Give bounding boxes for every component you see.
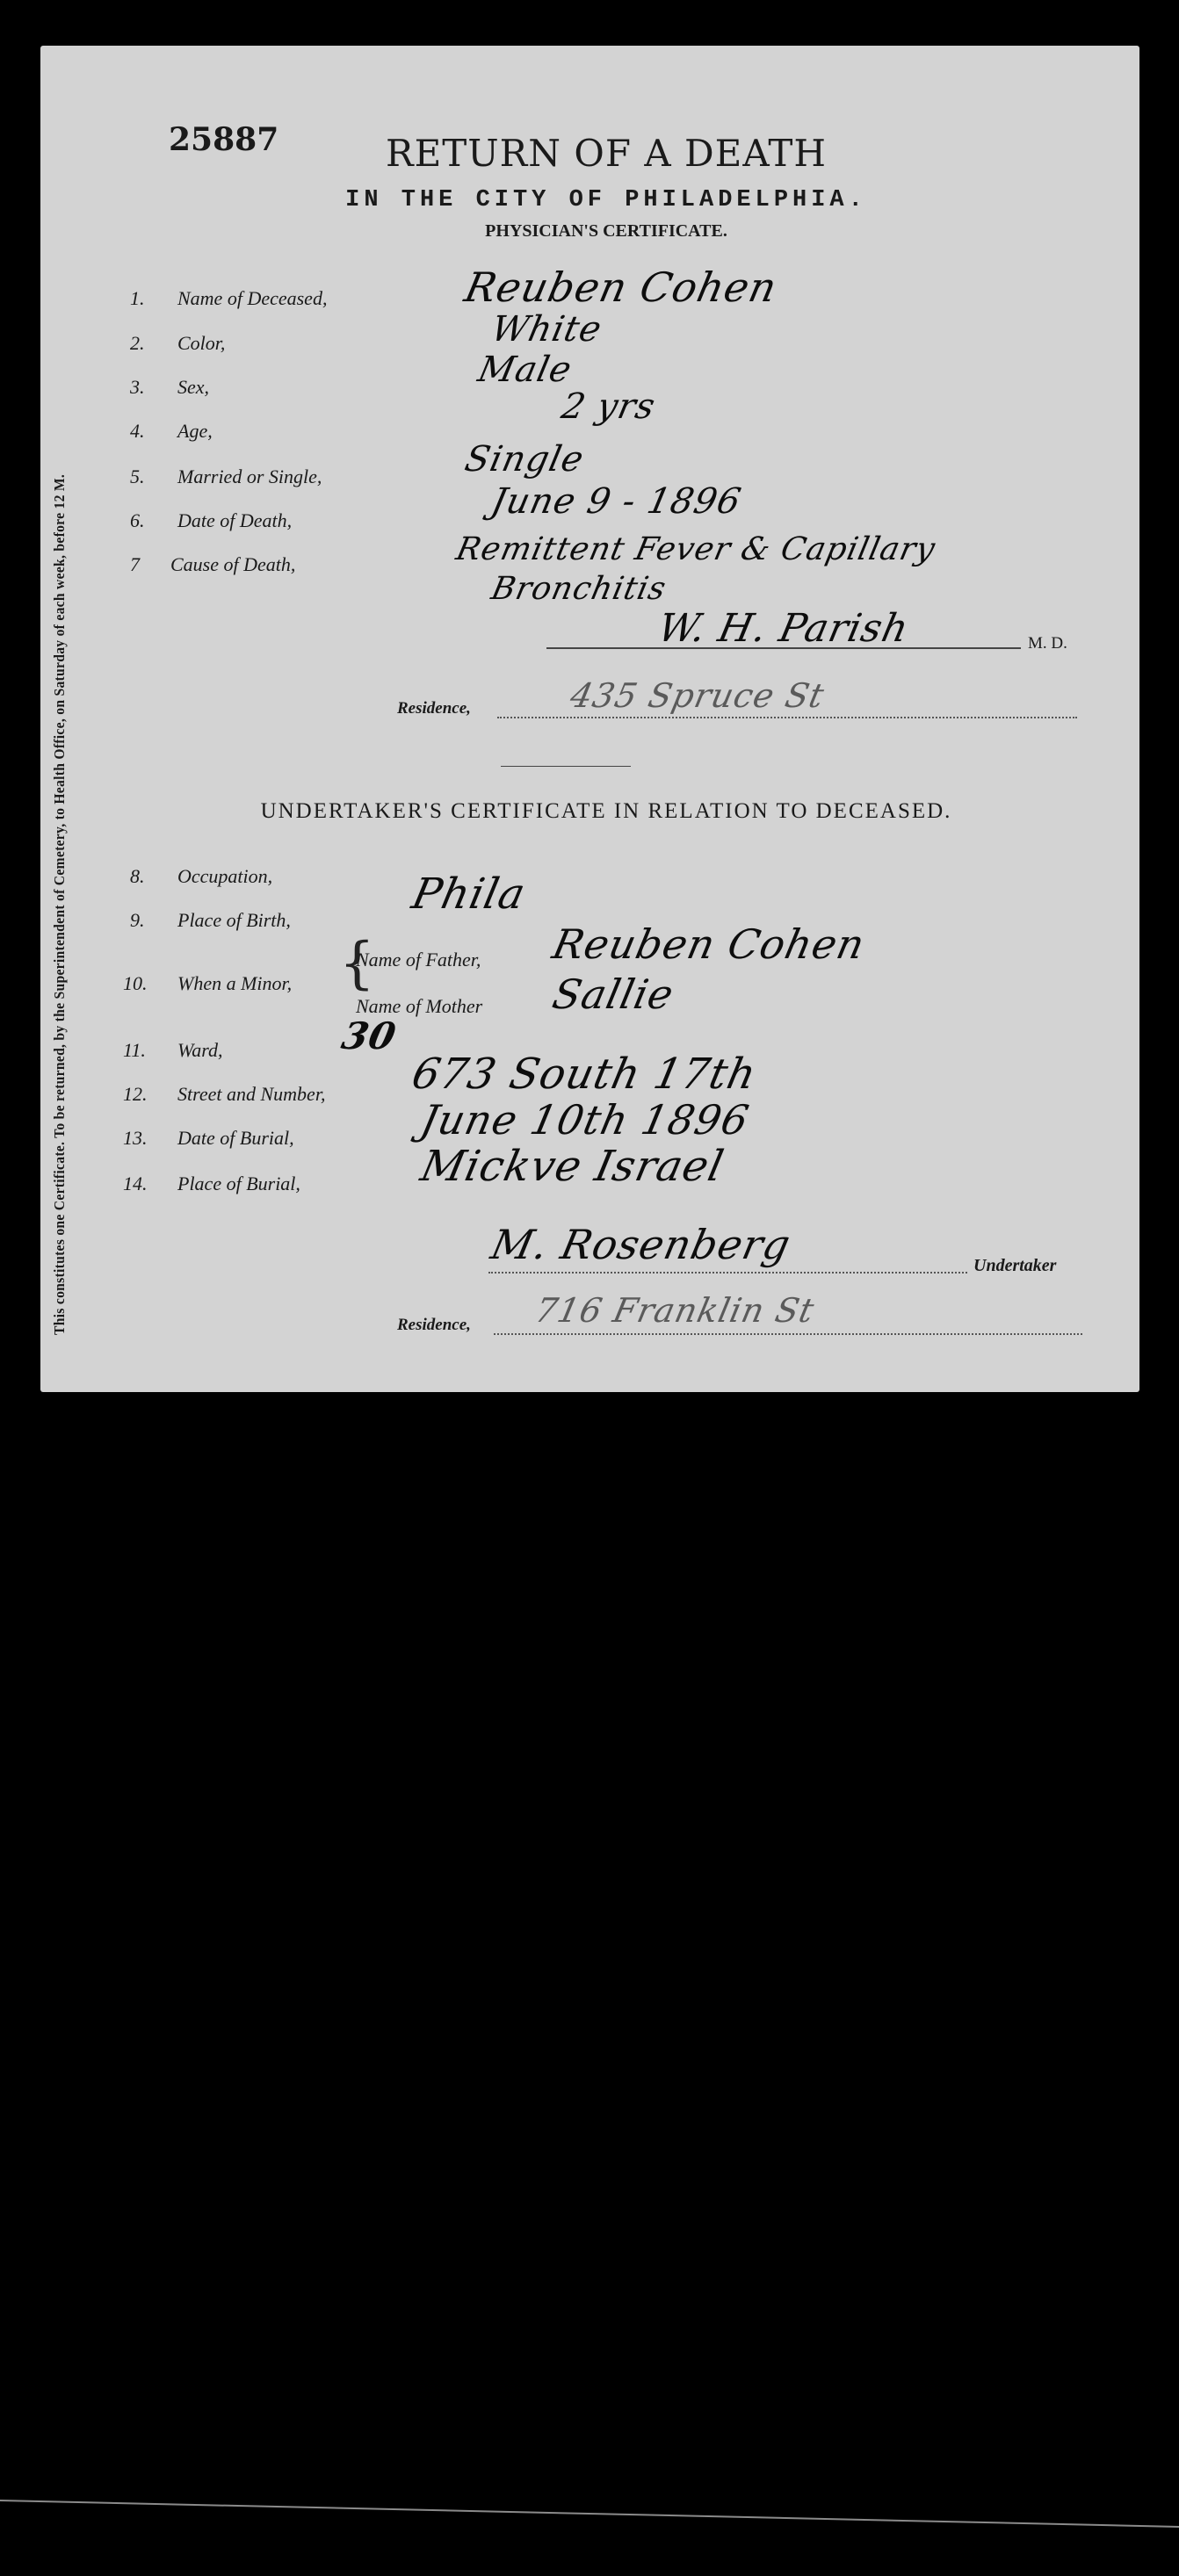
field-value-cause-of-death-line2: Bronchitis — [488, 571, 670, 607]
undertaker-residence-label: Residence, — [397, 1316, 471, 1335]
field-number: 4. — [130, 420, 145, 443]
physician-residence-value: 435 Spruce St — [567, 676, 828, 715]
field-label: Ward, — [177, 1039, 223, 1062]
field-value-place-of-burial: Mickve Israel — [416, 1142, 728, 1191]
field-value-father-name: Reuben Cohen — [548, 920, 869, 968]
field-label: Cause of Death, — [170, 553, 295, 576]
field-number: 12. — [123, 1083, 148, 1106]
field-label: When a Minor, — [177, 972, 292, 995]
father-label: Name of Father, — [356, 949, 481, 971]
physician-signature: W. H. Parish — [655, 606, 914, 651]
undertaker-certificate-header: UNDERTAKER'S CERTIFICATE IN RELATION TO … — [211, 799, 1002, 824]
field-value-name-of-deceased: Reuben Cohen — [460, 263, 781, 311]
field-number: 3. — [130, 376, 145, 399]
field-label: Married or Single, — [177, 465, 322, 488]
physician-suffix: M. D. — [1028, 634, 1067, 653]
field-label: Color, — [177, 332, 225, 355]
field-label: Street and Number, — [177, 1083, 325, 1106]
scan-artifact-line — [0, 2500, 1179, 2528]
field-value-street-and-number: 673 South 17th — [408, 1050, 761, 1099]
field-value-date-of-burial: June 10th 1896 — [416, 1096, 753, 1144]
document-title: RETURN OF A DEATH — [167, 132, 1045, 175]
field-number: 7 — [130, 553, 140, 576]
field-value-place-of-birth: Phila — [408, 869, 530, 919]
field-value-color: White — [488, 309, 605, 350]
field-number: 8. — [130, 865, 145, 888]
field-label: Age, — [177, 420, 213, 443]
field-number: 13. — [123, 1127, 148, 1150]
field-value-mother-name: Sallie — [548, 971, 678, 1018]
field-value-age: 2 yrs — [558, 386, 659, 427]
field-value-ward: 30 — [338, 1014, 401, 1057]
physician-certificate-header: PHYSICIAN'S CERTIFICATE. — [255, 221, 958, 242]
field-label: Date of Burial, — [177, 1127, 294, 1150]
field-label: Name of Deceased, — [177, 287, 327, 310]
field-number: 14. — [123, 1173, 148, 1195]
field-number: 11. — [123, 1039, 146, 1062]
divider — [501, 766, 631, 767]
field-number: 5. — [130, 465, 145, 488]
undertaker-suffix: Undertaker — [973, 1256, 1056, 1276]
document-subtitle: IN THE CITY OF PHILADELPHIA. — [211, 187, 1002, 213]
field-number: 10. — [123, 972, 148, 995]
field-value-cause-of-death: Remittent Fever & Capillary — [453, 531, 939, 567]
field-number: 1. — [130, 287, 145, 310]
field-number: 6. — [130, 509, 145, 532]
field-number: 9. — [130, 909, 145, 932]
undertaker-signature-line — [488, 1272, 967, 1274]
field-label: Sex, — [177, 376, 209, 399]
physician-residence-line — [497, 717, 1077, 718]
field-label: Place of Burial, — [177, 1173, 300, 1195]
field-label: Date of Death, — [177, 509, 292, 532]
field-number: 2. — [130, 332, 145, 355]
field-label: Occupation, — [177, 865, 272, 888]
field-label: Place of Birth, — [177, 909, 291, 932]
field-value-marital-status: Single — [461, 439, 588, 480]
undertaker-residence-line — [494, 1333, 1082, 1335]
undertaker-residence-value: 716 Franklin St — [532, 1291, 818, 1330]
undertaker-signature: M. Rosenberg — [487, 1221, 795, 1268]
field-value-sex: Male — [474, 350, 575, 390]
side-instruction-note: This constitutes one Certificate. To be … — [51, 204, 69, 1335]
field-value-date-of-death: June 9 - 1896 — [488, 481, 745, 522]
physician-residence-label: Residence, — [397, 699, 471, 718]
